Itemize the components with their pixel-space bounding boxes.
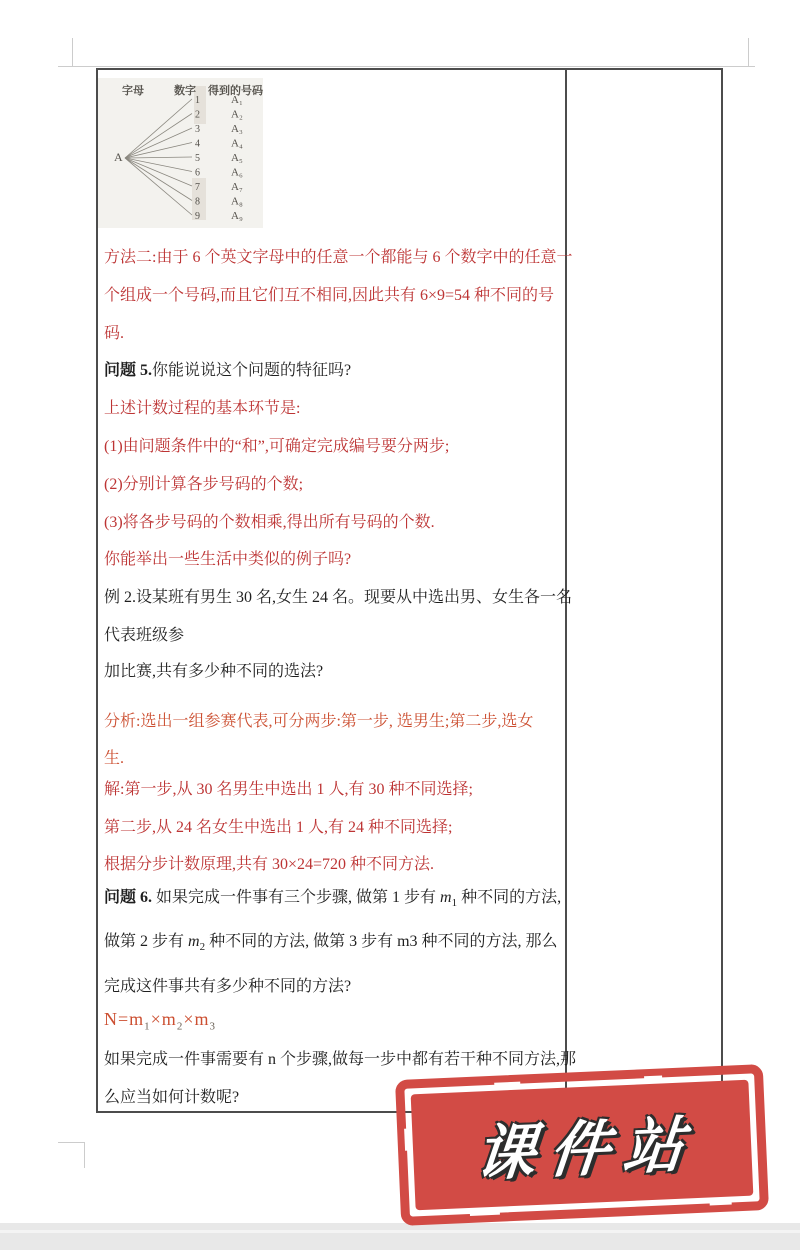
text-line: 完成这件事共有多少种不同的方法? [104,977,351,997]
stamp-text: 课件站 [462,1097,702,1194]
text-segment: 完成这件事共有多少种不同的方法? [104,978,351,995]
text-segment: 如果完成一件事需要有 n 个步骤,做每一步中都有若干种不同方法,那 [104,1051,576,1068]
text-line: 如果完成一件事需要有 n 个步骤,做每一步中都有若干种不同方法,那 [104,1050,576,1070]
text-line: 码. [104,324,124,344]
document-page: 字母数字得到的号码A1A₁2A₂3A₃4A₄5A₅6A₆7A₇8A₈9A₉ 方法… [0,0,800,1250]
text-line: 问题 6. 如果完成一件事有三个步骤, 做第 1 步有 m1 种不同的方法, [104,888,561,908]
text-segment: 种不同的方法, 做第 3 步有 m3 种不同的方法, 那么 [205,933,557,950]
text-line: 代表班级参 [104,626,184,646]
text-segment: (1)由问题条件中的“和”,可确定完成编号要分两步; [104,438,449,455]
text-line: 上述计数过程的基本环节是: [104,399,300,419]
text-segment: 你能举出一些生活中类似的例子吗? [104,551,351,568]
text-segment: 代表班级参 [104,627,184,644]
text-line: 解:第一步,从 30 名男生中选出 1 人,有 30 种不同选择; [104,780,473,800]
text-segment: N=m [104,1009,144,1029]
text-segment: ×m [151,1009,177,1029]
text-line: 根据分步计数原理,共有 30×24=720 种不同方法. [104,855,434,875]
stamp-notch [494,1082,520,1089]
text-segment: 分析:选出一组参赛代表,可分两步:第一步, 选男生;第二步,选女 [104,713,533,730]
text-line: (2)分别计算各步号码的个数; [104,475,303,495]
text-line: 加比赛,共有多少种不同的选法? [104,662,323,682]
text-segment: m [188,933,200,950]
text-line: 你能举出一些生活中类似的例子吗? [104,550,351,570]
text-segment: 上述计数过程的基本环节是: [104,400,300,417]
text-segment: 解:第一步,从 30 名男生中选出 1 人,有 30 种不同选择; [104,781,473,798]
text-line: 方法二:由于 6 个英文字母中的任意一个都能与 6 个数字中的任意一 [104,248,572,268]
stamp-notch [644,1075,662,1081]
text-segment: 如果完成一件事有三个步骤, 做第 1 步有 [152,889,440,906]
text-line: N=m1×m2×m3 [104,1009,216,1029]
kejianzhan-stamp: 课件站 [395,1064,769,1226]
page-bottom-stripe [0,1230,800,1233]
text-line: 个组成一个号码,而且它们互不相同,因此共有 6×9=54 种不同的号 [104,286,554,306]
stamp-notch [470,1209,500,1216]
text-segment: (3)将各步号码的个数相乘,得出所有号码的个数. [104,514,435,531]
text-segment: (2)分别计算各步号码的个数; [104,476,303,493]
text-segment: 种不同的方法, [457,889,561,906]
text-segment: 问题 5. [104,362,152,379]
text-segment: 码. [104,325,124,342]
text-line: 分析:选出一组参赛代表,可分两步:第一步, 选男生;第二步,选女 [104,712,533,732]
text-segment: 问题 6. [104,889,152,906]
text-segment: 方法二:由于 6 个英文字母中的任意一个都能与 6 个数字中的任意一 [104,249,572,266]
text-line: (1)由问题条件中的“和”,可确定完成编号要分两步; [104,437,449,457]
text-line: 做第 2 步有 m2 种不同的方法, 做第 3 步有 m3 种不同的方法, 那么 [104,932,558,952]
text-line: (3)将各步号码的个数相乘,得出所有号码的个数. [104,513,435,533]
text-line: 生. [104,749,124,769]
text-segment: 加比赛,共有多少种不同的选法? [104,663,323,680]
page-bottom-edge [0,1223,800,1250]
text-segment: m [440,889,452,906]
text-line: 么应当如何计数呢? [104,1088,239,1108]
stamp-notch [404,1129,410,1151]
text-line: 例 2.设某班有男生 30 名,女生 24 名。现要从中选出男、女生各一名 [104,588,572,608]
text-segment: 3 [209,1021,216,1033]
text-line: 问题 5.你能说说这个问题的特征吗? [104,361,351,381]
text-segment: 生. [104,750,124,767]
text-segment: ×m [183,1009,209,1029]
text-line: 第二步,从 24 名女生中选出 1 人,有 24 种不同选择; [104,818,452,838]
text-segment: 么应当如何计数呢? [104,1089,239,1106]
text-segment: 你能说说这个问题的特征吗? [152,362,351,379]
text-segment: 例 2.设某班有男生 30 名,女生 24 名。现要从中选出男、女生各一名 [104,589,572,606]
text-segment: 做第 2 步有 [104,933,188,950]
text-segment: 第二步,从 24 名女生中选出 1 人,有 24 种不同选择; [104,819,452,836]
text-segment: 根据分步计数原理,共有 30×24=720 种不同方法. [104,856,434,873]
stamp-notch [709,1199,731,1206]
stamp-fill: 课件站 [411,1080,754,1211]
text-layer: 方法二:由于 6 个英文字母中的任意一个都能与 6 个数字中的任意一个组成一个号… [0,0,800,1250]
text-segment: 个组成一个号码,而且它们互不相同,因此共有 6×9=54 种不同的号 [104,287,554,304]
